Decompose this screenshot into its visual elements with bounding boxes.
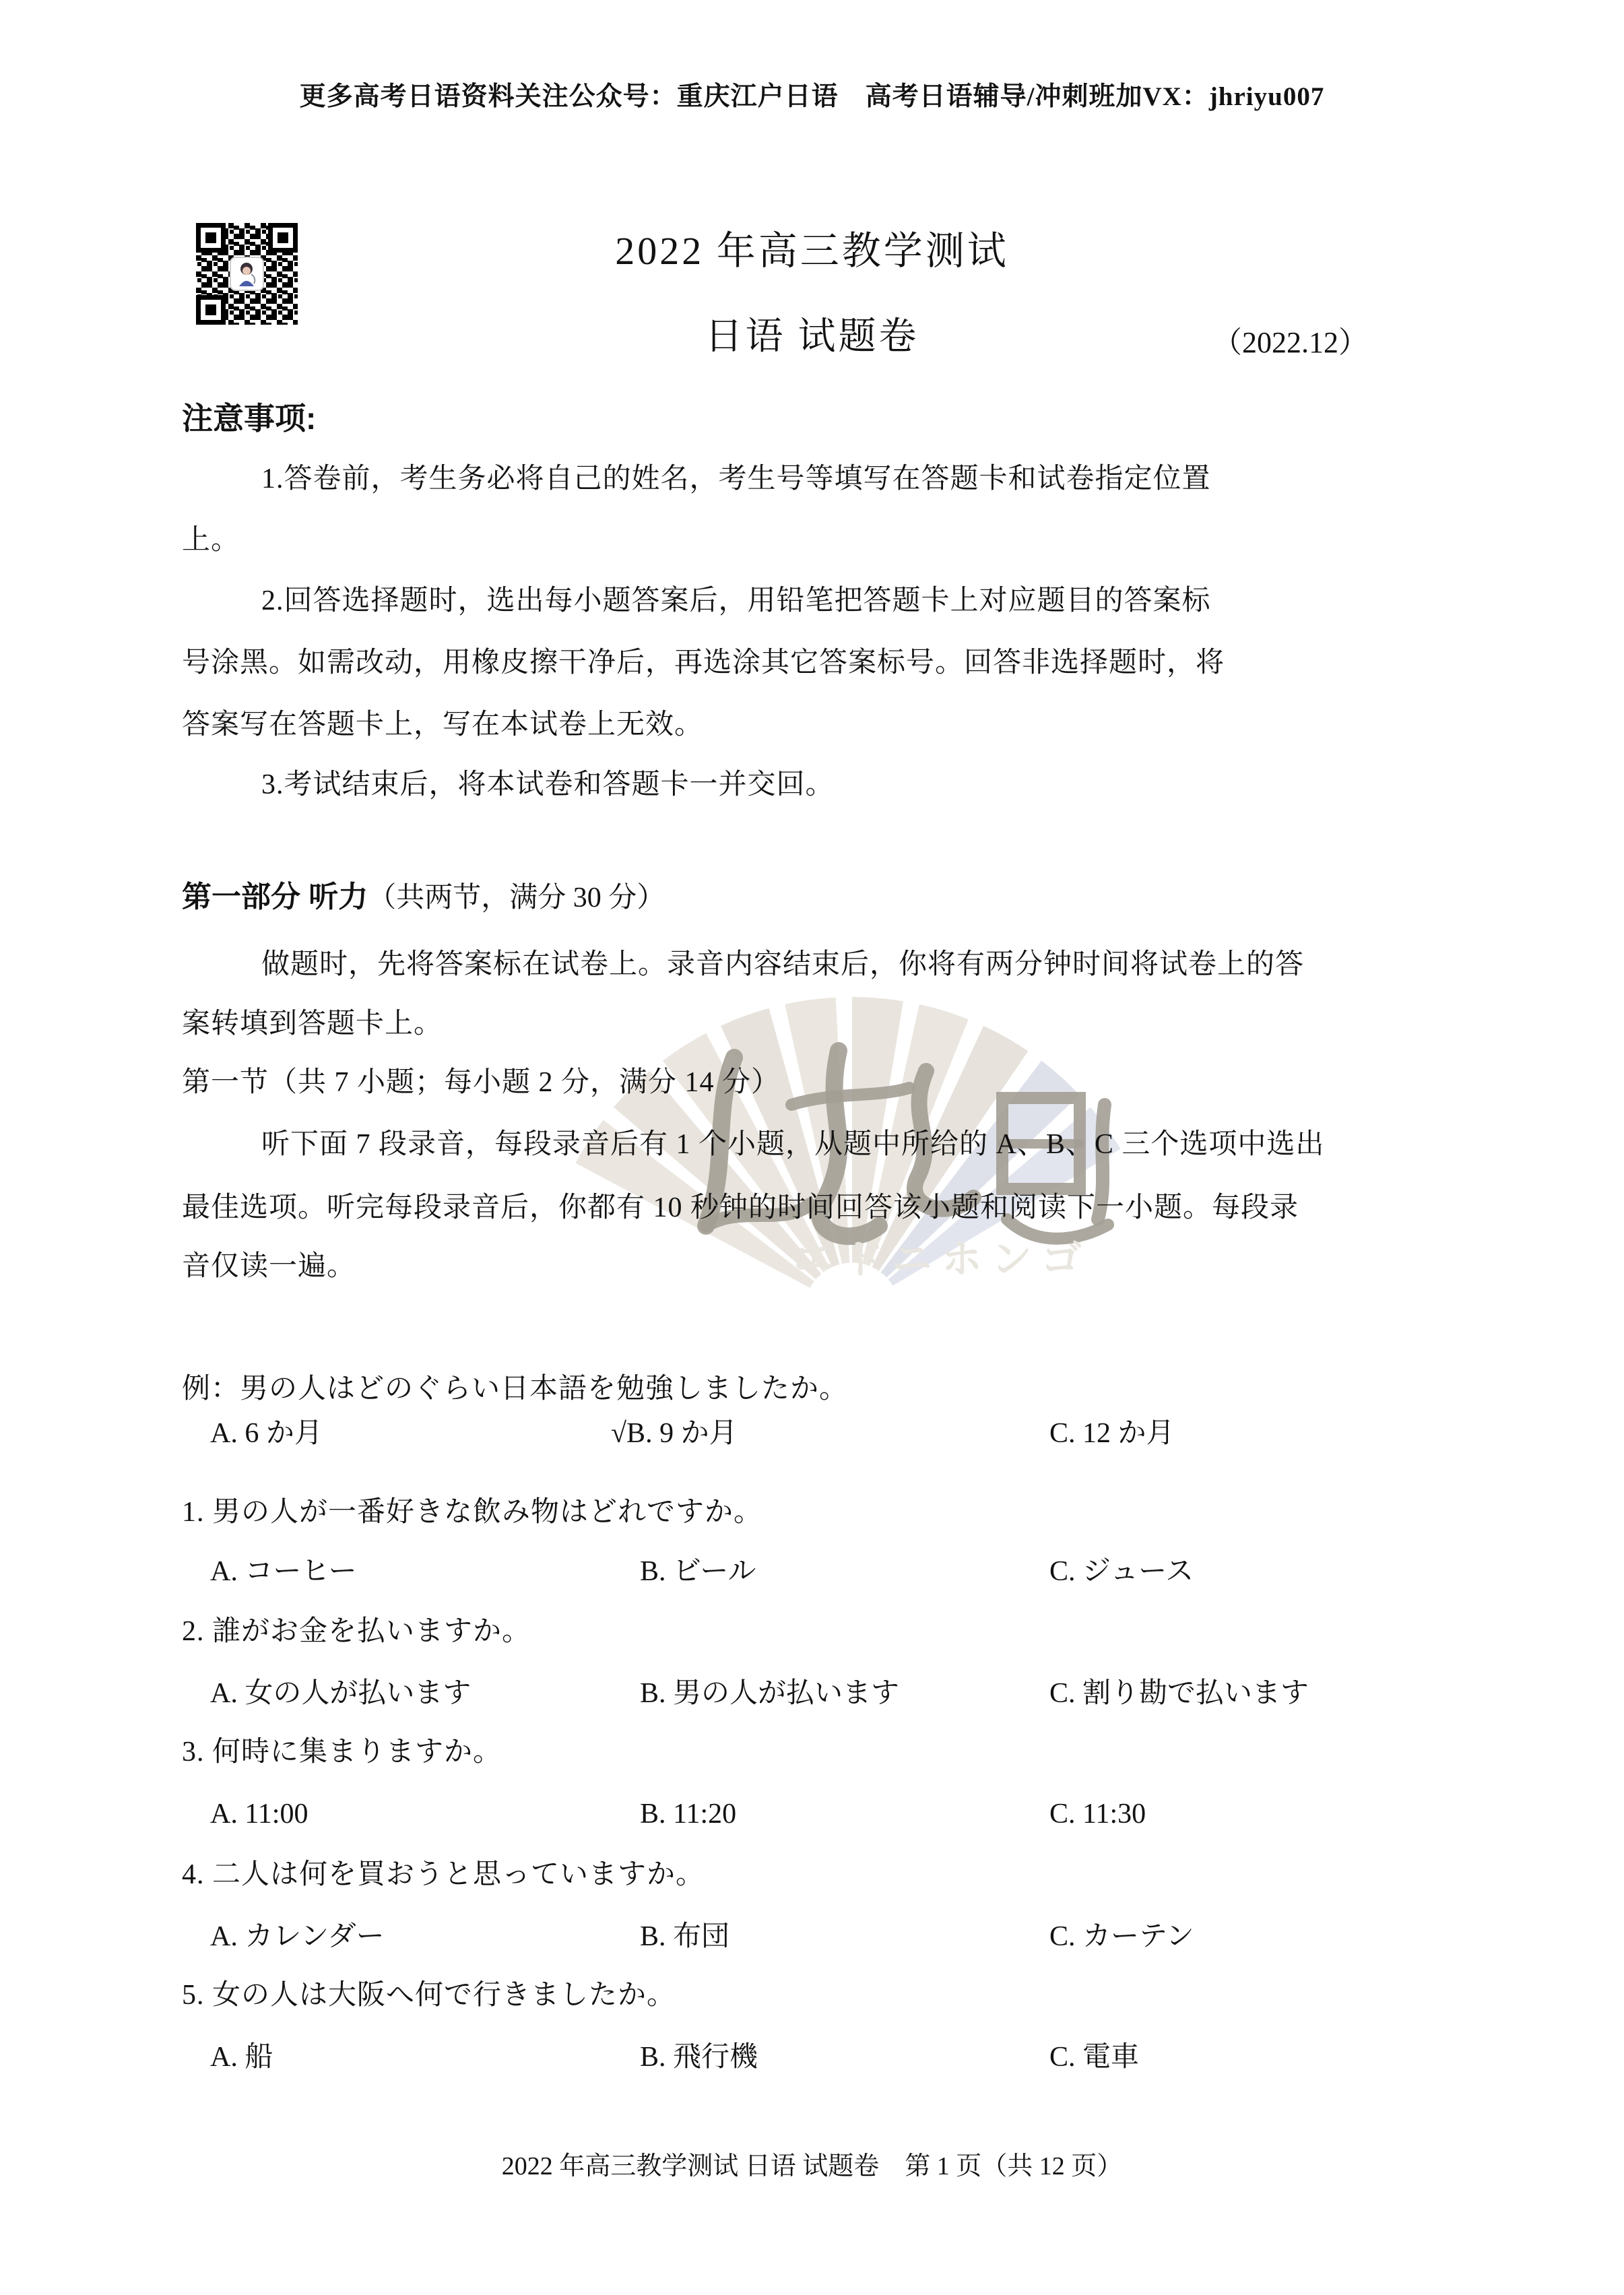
question-1-option-a: A. コーヒー bbox=[210, 1551, 357, 1592]
part1-heading-rest: （共两节，满分 30 分） bbox=[368, 882, 665, 913]
question-5-options-row: A. 船 B. 飛行機 C. 電車 bbox=[0, 2037, 1624, 2077]
part1-heading: 第一部分 听力（共两节，满分 30 分） bbox=[182, 872, 665, 915]
question-2: 2. 誰がお金を払いますか。 bbox=[182, 1611, 531, 1652]
notice-line-4: 号涂黑。如需改动，用橡皮擦干净后，再选涂其它答案标号。回答非选择题时，将 bbox=[182, 643, 1225, 683]
question-3-option-b: B. 11:20 bbox=[640, 1794, 736, 1834]
question-2-option-b: B. 男の人が払います bbox=[640, 1673, 899, 1714]
watermark-kana-text: エドニホンゴ bbox=[793, 1227, 1091, 1285]
footer-page-info: 2022 年高三教学测试 日语 试题卷 第 1 页（共 12 页） bbox=[0, 2145, 1624, 2182]
question-5-option-a: A. 船 bbox=[210, 2037, 273, 2077]
notice-line-5: 答案写在答题卡上，写在本试卷上无效。 bbox=[182, 705, 703, 745]
example-question: 例：男の人はどのぐらい日本語を勉強しましたか。 bbox=[182, 1369, 848, 1409]
question-3: 3. 何時に集まりますか。 bbox=[182, 1732, 502, 1772]
notice-line-2: 上。 bbox=[182, 520, 240, 560]
section1-intro-line-3: 音仅读一遍。 bbox=[182, 1246, 356, 1287]
question-1-option-c: C. ジュース bbox=[1049, 1551, 1194, 1592]
question-3-option-c: C. 11:30 bbox=[1049, 1794, 1146, 1834]
page-title: 2022 年高三教学测试 bbox=[0, 219, 1624, 276]
question-1: 1. 男の人が一番好きな飲み物はどれですか。 bbox=[182, 1492, 762, 1532]
part1-intro-line-1: 做题时，先将答案标在试卷上。录音内容结束后，你将有两分钟时间将试卷上的答 bbox=[261, 944, 1304, 985]
question-2-option-c: C. 割り勘で払います bbox=[1049, 1673, 1309, 1714]
exam-paper-page: { "header": { "promo": "更多高考日语资料关注公众号：重庆… bbox=[0, 0, 1624, 2295]
example-option-a: A. 6 か月 bbox=[210, 1413, 323, 1454]
part1-intro-line-2: 案转填到答题卡上。 bbox=[182, 1004, 443, 1044]
question-4: 4. 二人は何を買おうと思っていますか。 bbox=[182, 1854, 705, 1895]
question-5-option-b: B. 飛行機 bbox=[640, 2037, 758, 2077]
notice-line-3: 2.回答选择题时，选出每小题答案后，用铅笔把答题卡上对应题目的答案标 bbox=[261, 581, 1211, 621]
question-4-options-row: A. カレンダー B. 布団 C. カーテン bbox=[0, 1916, 1624, 1957]
example-options-row: A. 6 か月 √B. 9 か月 C. 12 か月 bbox=[0, 1413, 1624, 1454]
question-1-option-b: B. ビール bbox=[640, 1551, 756, 1592]
section1-intro-line-2: 最佳选项。听完每段录音后，你都有 10 秒钟的时间回答该小题和阅读下一小题。每段… bbox=[182, 1188, 1299, 1228]
question-3-options-row: A. 11:00 B. 11:20 C. 11:30 bbox=[0, 1794, 1624, 1834]
example-option-b-checked: √B. 9 か月 bbox=[611, 1413, 738, 1454]
question-4-option-a: A. カレンダー bbox=[210, 1916, 385, 1957]
section1-intro-line-1: 听下面 7 段录音，每段录音后有 1 个小题，从题中所给的 A、B、C 三个选项… bbox=[261, 1124, 1324, 1165]
notice-heading: 注意事项: bbox=[182, 394, 316, 439]
question-4-option-c: C. カーテン bbox=[1049, 1916, 1194, 1957]
part1-heading-bold: 第一部分 听力 bbox=[182, 880, 368, 913]
example-option-c: C. 12 か月 bbox=[1049, 1413, 1175, 1454]
section1-heading: 第一节（共 7 小题；每小题 2 分，满分 14 分） bbox=[182, 1062, 780, 1103]
question-3-option-a: A. 11:00 bbox=[210, 1794, 308, 1834]
question-5-option-c: C. 電車 bbox=[1049, 2037, 1139, 2077]
page-subtitle: 日语 试题卷 bbox=[0, 306, 1624, 360]
notice-line-1: 1.答卷前，考生务必将自己的姓名，考生号等填写在答题卡和试卷指定位置 bbox=[261, 459, 1211, 499]
question-4-option-b: B. 布団 bbox=[640, 1916, 729, 1957]
question-5: 5. 女の人は大阪へ何で行きましたか。 bbox=[182, 1975, 676, 2015]
notice-line-6: 3.考试结束后，将本试卷和答题卡一并交回。 bbox=[261, 765, 835, 805]
question-2-option-a: A. 女の人が払います bbox=[210, 1673, 471, 1714]
header-promo-text: 更多高考日语资料关注公众号：重庆江户日语 高考日语辅导/冲刺班加VX：jhriy… bbox=[0, 75, 1624, 113]
question-1-options-row: A. コーヒー B. ビール C. ジュース bbox=[0, 1551, 1624, 1592]
exam-date: （2022.12） bbox=[1212, 318, 1368, 361]
question-2-options-row: A. 女の人が払います B. 男の人が払います C. 割り勘で払います bbox=[0, 1673, 1624, 1714]
